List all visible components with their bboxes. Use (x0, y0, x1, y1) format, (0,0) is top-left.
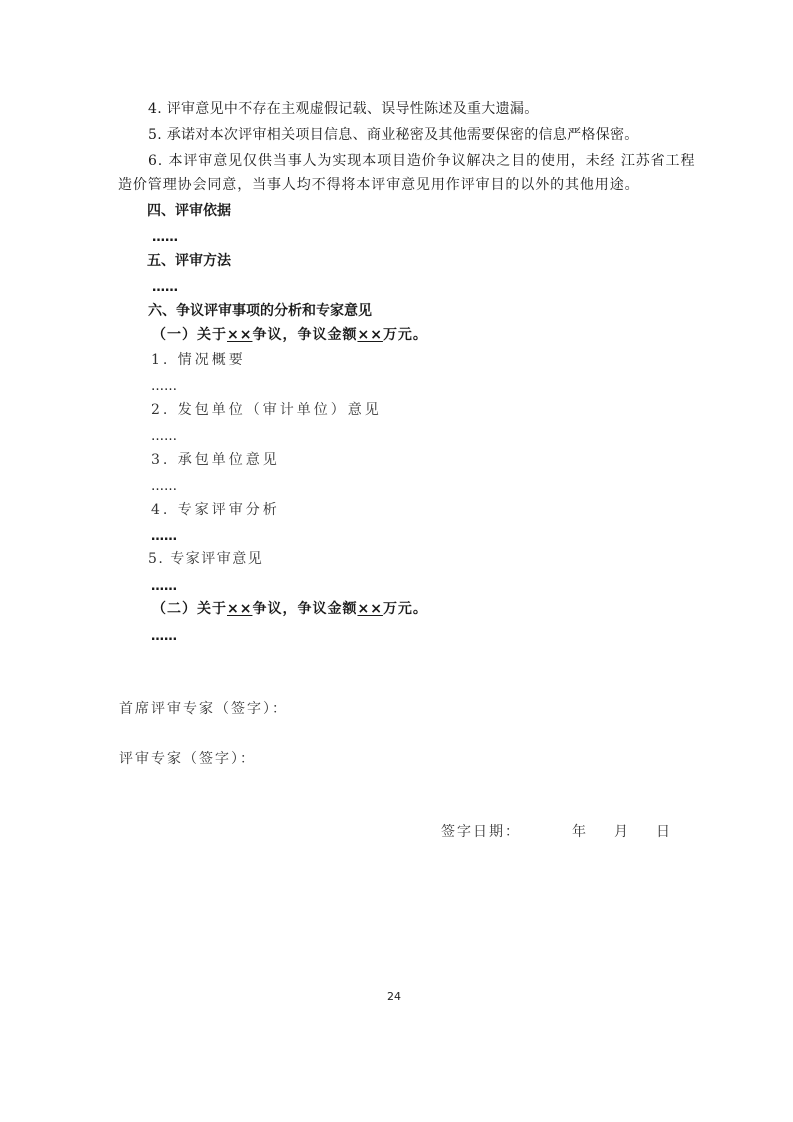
dispute-1-suffix: 万元。 (383, 327, 428, 343)
dispute-2-mid: 争议，争议金额 (252, 601, 357, 617)
sign-date-month: 月 (614, 823, 630, 841)
sign-date-day: 日 (656, 823, 672, 841)
subitem-2-label: 2. 发包单位（审计单位）意见 (151, 401, 382, 419)
subitem-2-content: …… (151, 428, 177, 446)
section-method-content: …… (152, 279, 178, 297)
dispute-2-placeholder-amount: ×× (357, 601, 382, 617)
dispute-item-1: （一）关于××争议，争议金额××万元。 (152, 326, 428, 344)
subitem-1-label: 1. 情况概要 (151, 351, 246, 369)
expert-signature-label: 评审专家（签字）： (119, 750, 256, 768)
dispute-2-prefix: （二）关于 (152, 601, 227, 617)
section-analysis-title: 六、争议评审事项的分析和专家意见 (148, 302, 372, 320)
subitem-4-content: …… (151, 528, 177, 546)
subitem-1-content: …… (151, 378, 177, 396)
dispute-item-2: （二）关于××争议，争议金额××万元。 (152, 600, 428, 618)
section-method-title: 五、评审方法 (147, 252, 231, 270)
commitment-5: 5. 承诺对本次评审相关项目信息、商业秘密及其他需要保密的信息严格保密。 (148, 126, 639, 144)
dispute-2-placeholder-name: ×× (227, 601, 252, 617)
dispute-1-mid: 争议，争议金额 (252, 327, 357, 343)
dispute-1-placeholder-amount: ×× (357, 327, 382, 343)
commitment-6-cont: 造价管理协会同意，当事人均不得将本评审意见用作评审目的以外的其他用途。 (118, 176, 640, 194)
dispute-1-prefix: （一）关于 (152, 327, 227, 343)
subitem-5-label: 5. 专家评审意见 (148, 550, 263, 568)
commitment-6: 6. 本评审意见仅供当事人为实现本项目造价争议解决之目的使用，未经 江苏省工程 (148, 152, 695, 170)
sign-date-year: 年 (572, 823, 588, 841)
subitem-3-content: …… (151, 478, 177, 496)
chief-expert-signature-label: 首席评审专家（签字）： (119, 700, 288, 718)
section-basis-content: …… (152, 229, 178, 247)
page-number: 24 (387, 990, 401, 1003)
dispute-1-placeholder-name: ×× (227, 327, 252, 343)
subitem-4-label: 4. 专家评审分析 (151, 501, 280, 519)
subitem-5-content: …… (151, 578, 177, 596)
subitem-3-label: 3. 承包单位意见 (151, 451, 280, 469)
dispute-2-content: …… (151, 628, 177, 646)
sign-date-label: 签字日期： (441, 823, 521, 841)
commitment-4: 4. 评审意见中不存在主观虚假记载、误导性陈述及重大遗漏。 (148, 100, 539, 118)
dispute-2-suffix: 万元。 (383, 601, 428, 617)
section-basis-title: 四、评审依据 (147, 202, 231, 220)
